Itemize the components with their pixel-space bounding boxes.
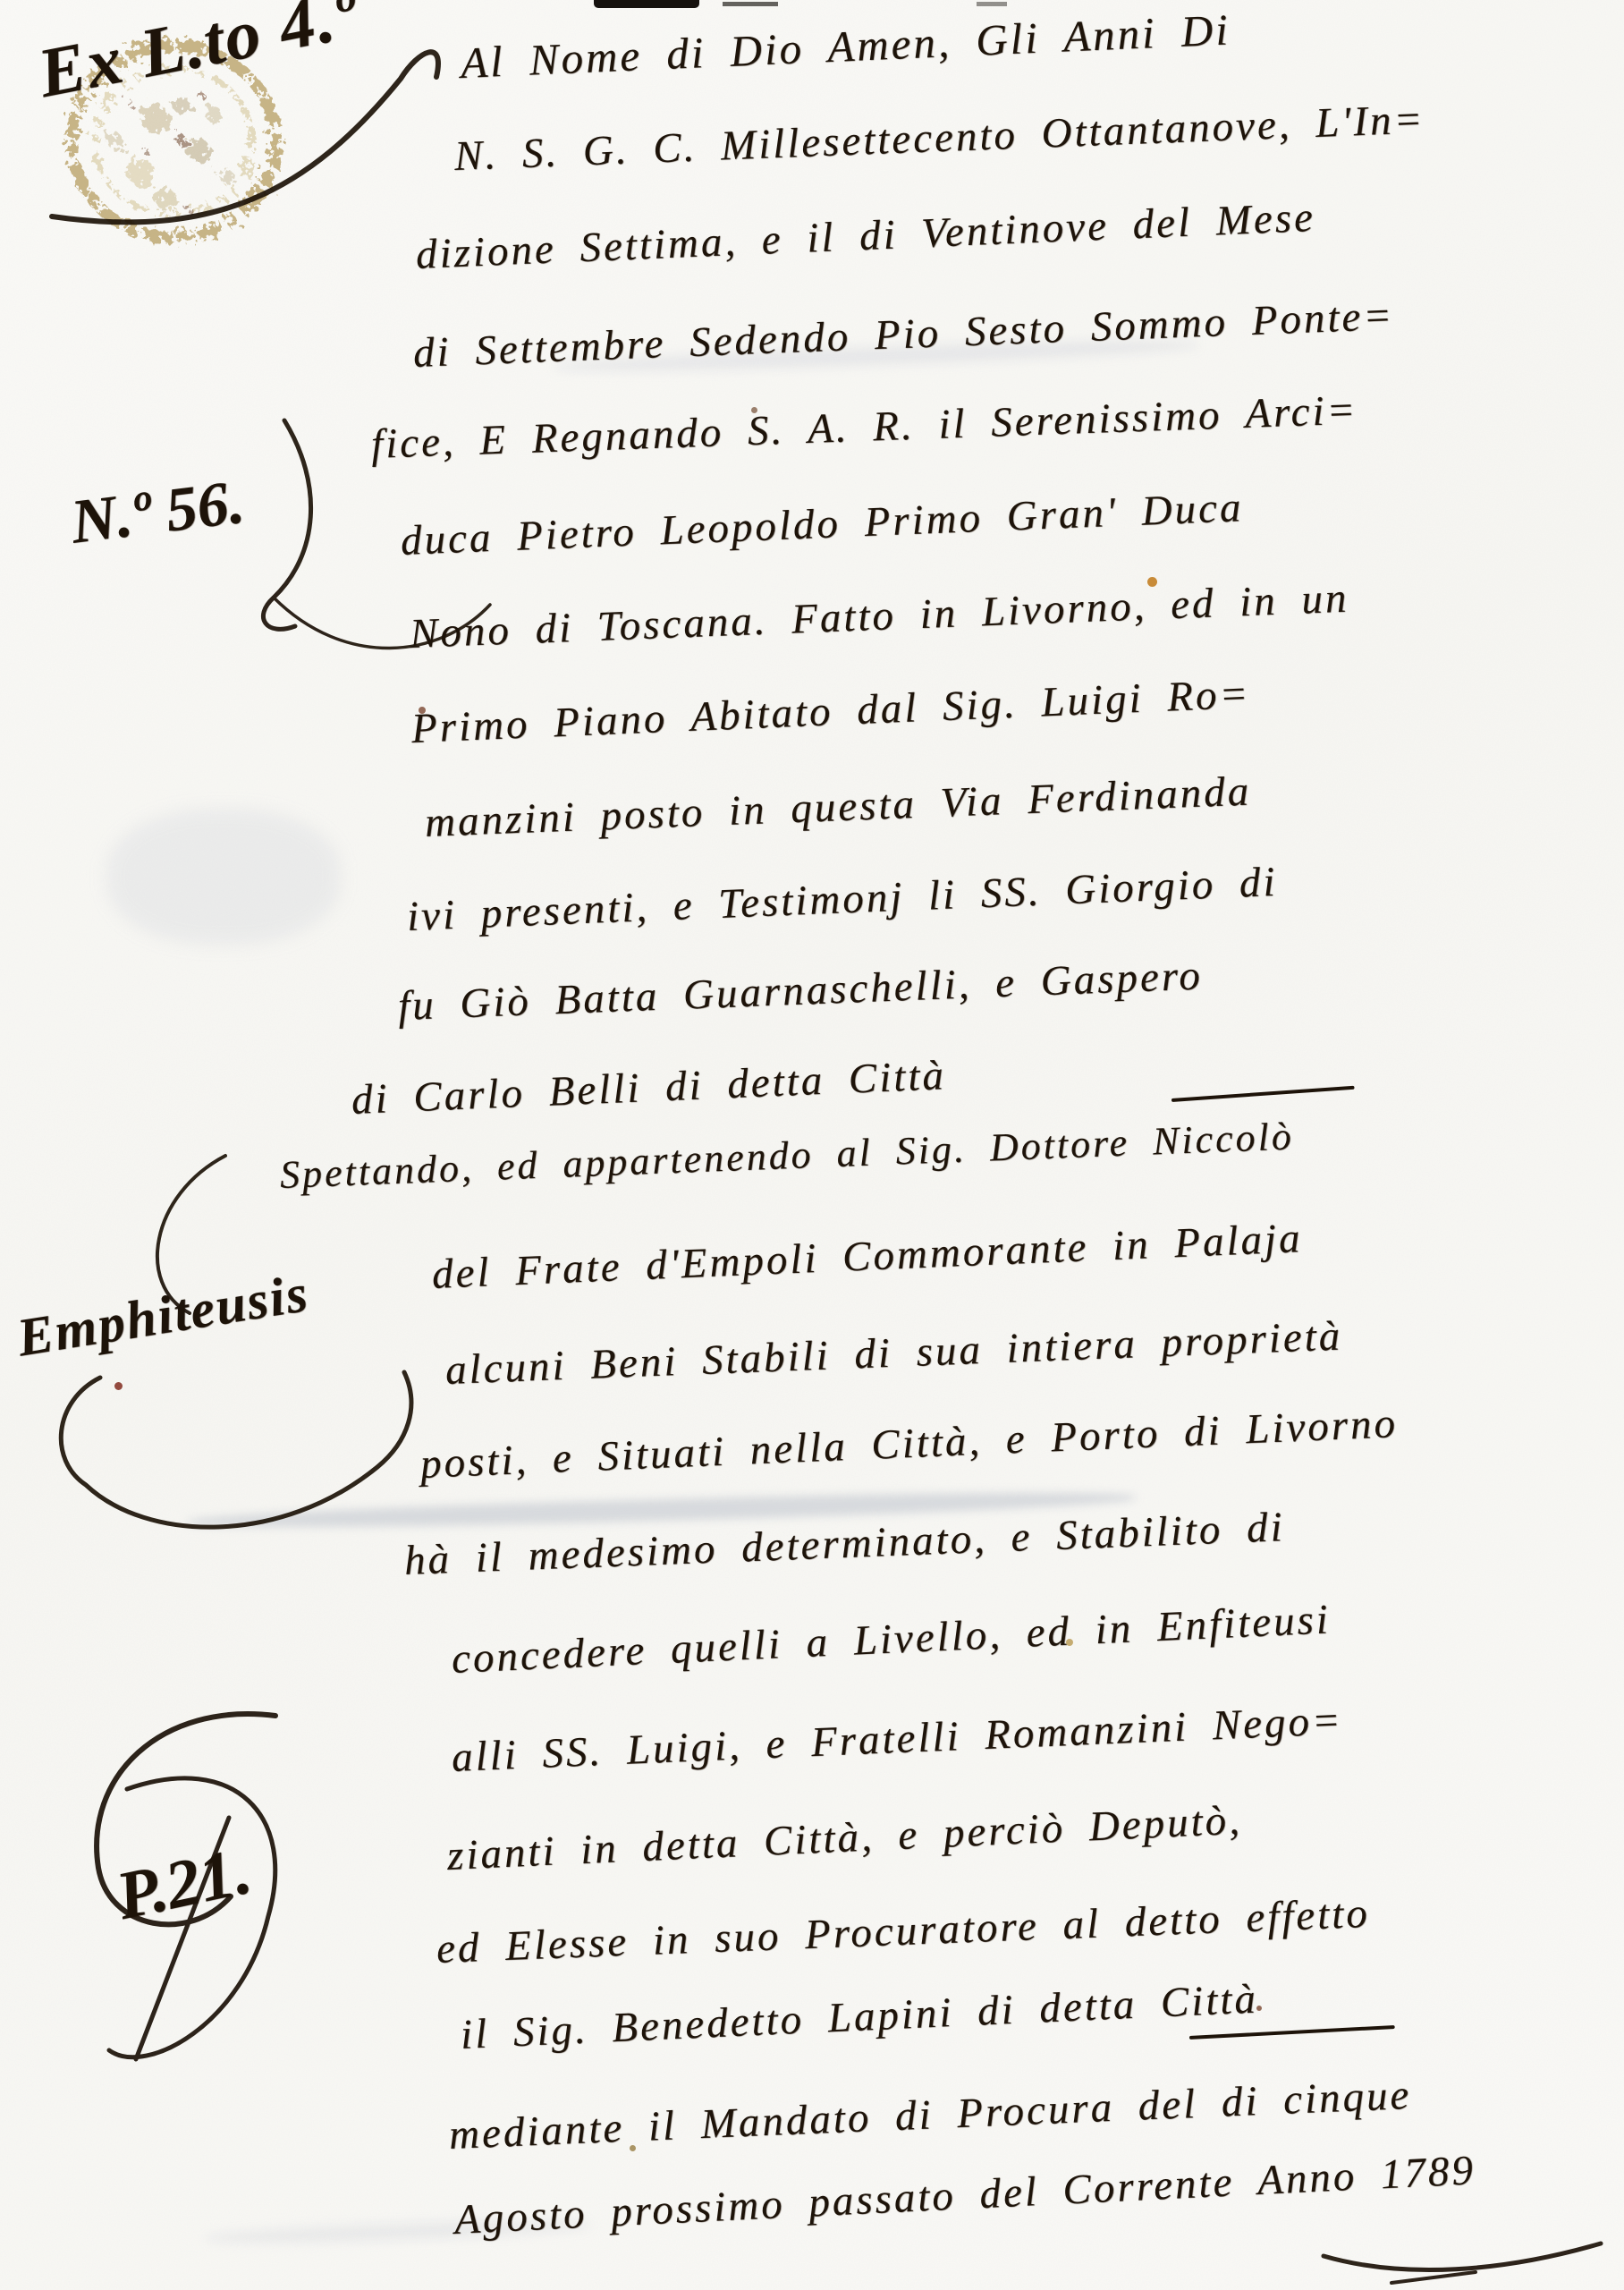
manuscript-line: Nono di Toscana. Fatto in Livorno, ed in…: [409, 574, 1349, 658]
manuscript-line: zianti in detta Città, e perciò Deputò,: [446, 1796, 1243, 1880]
manuscript-line: alcuni Beni Stabili di sua intiera propr…: [444, 1311, 1343, 1394]
margin-act-number: N.º 56.: [67, 467, 248, 559]
line-end-dash: [1171, 1086, 1355, 1102]
scan-edge-artifact: [594, 0, 699, 8]
manuscript-line: concedere quelli a Livello, ed in Enfite…: [451, 1595, 1332, 1684]
manuscript-line: di Settembre Sedendo Pio Sesto Sommo Pon…: [412, 292, 1395, 377]
manuscript-page: Ex L.to 4.º N.º 56. Emphiteusis P.21. Al…: [0, 0, 1624, 2290]
manuscript-line: Al Nome di Dio Amen, Gli Anni Di: [460, 4, 1231, 89]
manuscript-line: fice, E Regnando S. A. R. il Serenissimo…: [370, 386, 1358, 468]
scan-edge-artifact: [723, 2, 778, 6]
manuscript-line: ed Elesse in suo Procuratore al detto ef…: [436, 1889, 1371, 1973]
margin-paraph: P.21.: [110, 1832, 258, 1936]
manuscript-line: Spettando, ed appartenendo al Sig. Dotto…: [279, 1113, 1295, 1198]
manuscript-line: ivi presenti, e Testimonj li SS. Giorgio…: [406, 858, 1279, 941]
scan-edge-artifact: [977, 2, 1007, 6]
ink-speck: [114, 1382, 123, 1390]
manuscript-line: duca Pietro Leopoldo Primo Gran' Duca: [400, 483, 1244, 565]
flourish-brace-act-number: [263, 420, 310, 629]
manuscript-line: del Frate d'Empoli Commorante in Palaja: [431, 1214, 1304, 1299]
manuscript-line: N. S. G. C. Millesettecento Ottantanove,…: [453, 95, 1425, 181]
manuscript-line: mediante il Mandato di Procura del di ci…: [448, 2071, 1412, 2159]
line-end-dash: [1189, 2025, 1395, 2040]
manuscript-line: dizione Settima, e il di Ventinove del M…: [415, 193, 1316, 279]
flourish-underline-year: [1391, 2272, 1476, 2283]
manuscript-line: di Carlo Belli di detta Città: [351, 1051, 947, 1124]
manuscript-line: alli SS. Luigi, e Fratelli Romanzini Neg…: [451, 1696, 1344, 1782]
ink-bleed-smudge: [107, 810, 340, 944]
manuscript-line: il Sig. Benedetto Lapini di detta Città: [460, 1975, 1259, 2059]
manuscript-line: hà il medesimo determinato, e Stabilito …: [403, 1503, 1286, 1585]
manuscript-line: Primo Piano Abitato dal Sig. Luigi Ro=: [410, 670, 1251, 753]
flourish-swash-emphiteusis: [61, 1372, 411, 1527]
manuscript-line: posti, e Situati nella Città, e Porto di…: [419, 1399, 1399, 1488]
manuscript-line: Agosto prossimo passato del Corrente Ann…: [453, 2146, 1476, 2244]
manuscript-line: fu Giò Batta Guarnaschelli, e Gaspero: [397, 951, 1204, 1030]
margin-side-heading: Emphiteusis: [13, 1262, 314, 1370]
flourish-underline-year: [1324, 2243, 1601, 2270]
manuscript-line: manzini posto in questa Via Ferdinanda: [424, 768, 1252, 847]
